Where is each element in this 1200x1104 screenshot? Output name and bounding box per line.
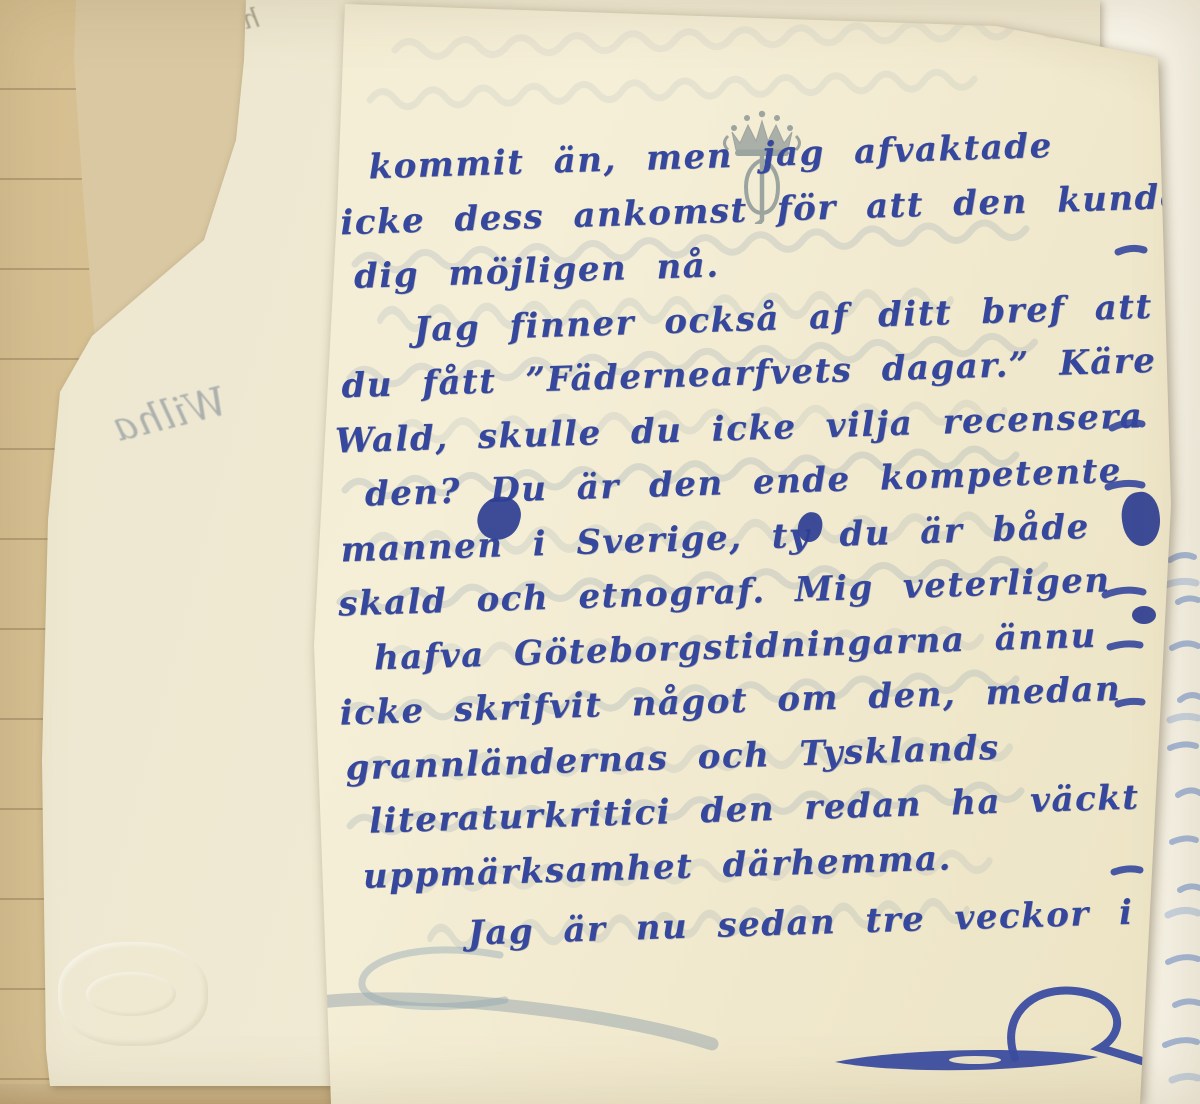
letter-body: kommit än, men jag afvaktade icke dess a… <box>348 122 1200 971</box>
letter-sheet: kommit än, men jag afvaktade icke dess a… <box>0 0 1200 1104</box>
letter-scan: hand ha lykke ha i Tag. Wilha <box>0 0 1200 1104</box>
ink-blot <box>1132 606 1156 624</box>
letter-sheet-wrap: kommit än, men jag afvaktade icke dess a… <box>0 0 1200 1104</box>
